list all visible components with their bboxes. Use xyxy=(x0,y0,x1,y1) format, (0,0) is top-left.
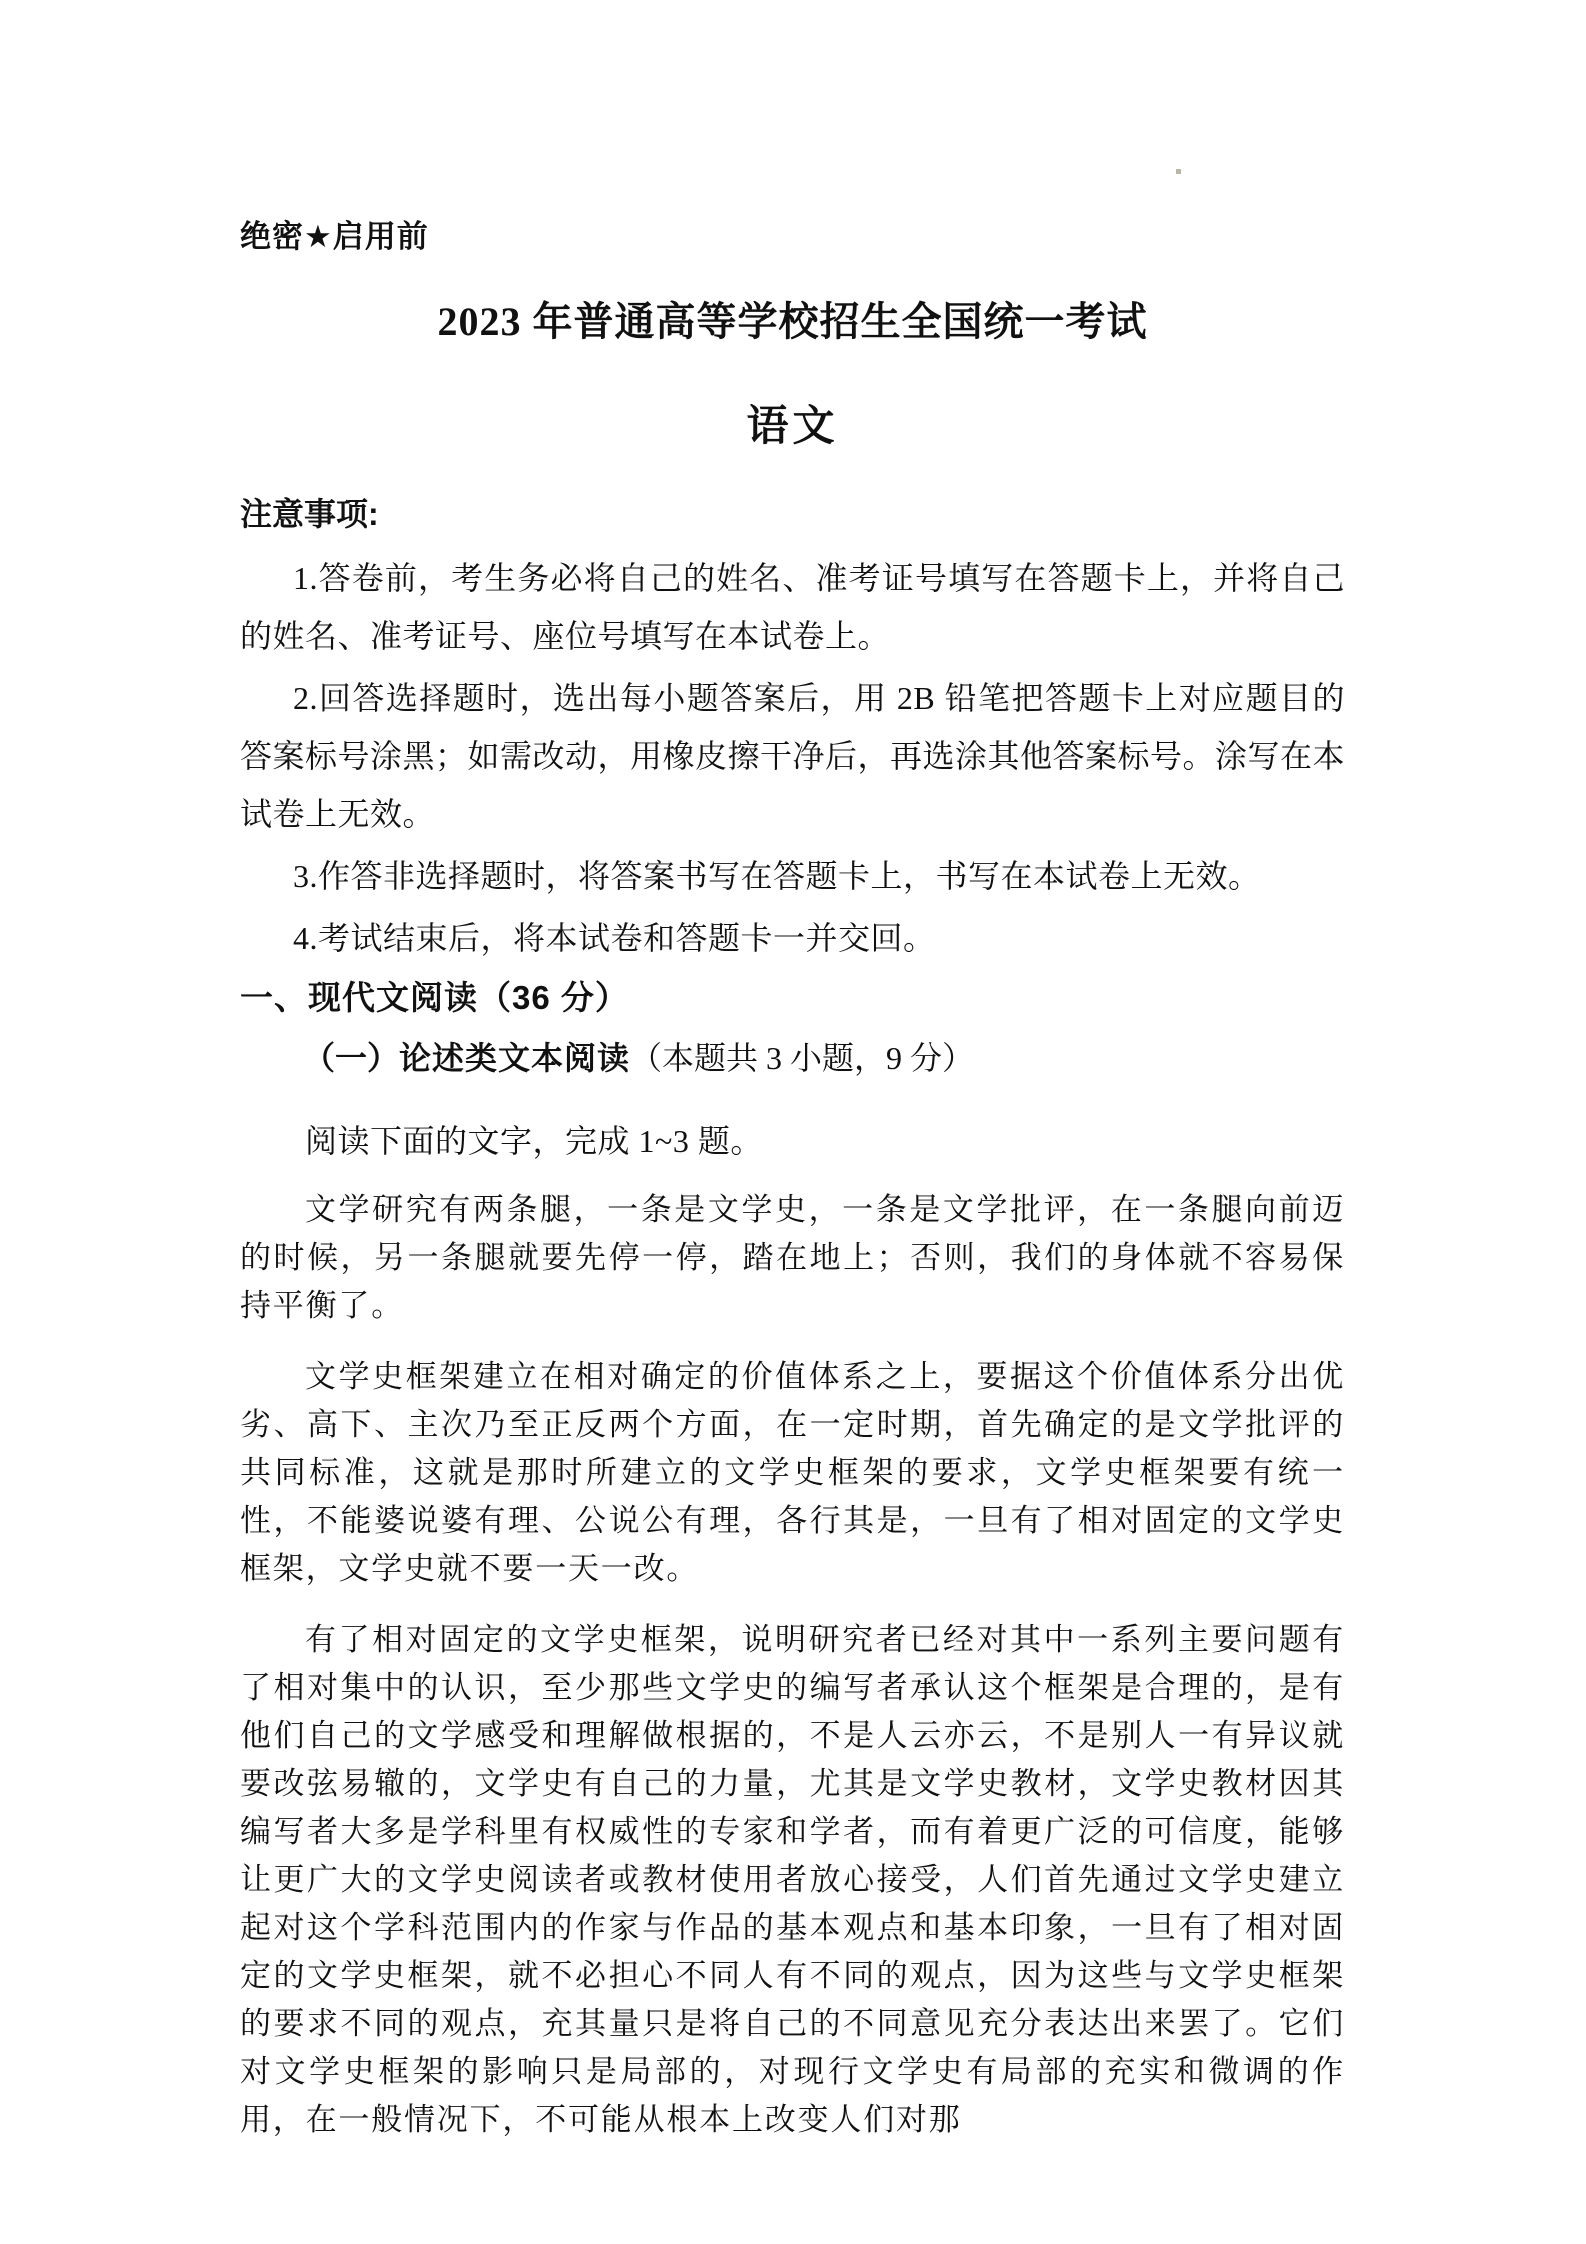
subsection-title: 论述类文本阅读 xyxy=(399,1040,630,1076)
subsection-heading: （一）论述类文本阅读（本题共 3 小题，9 分） xyxy=(240,1034,1345,1082)
classification-label: 绝密★启用前 xyxy=(240,215,1345,259)
scan-artifact-dot xyxy=(1176,169,1181,174)
reading-instruction: 阅读下面的文字，完成 1~3 题。 xyxy=(240,1117,1345,1165)
notice-item-2: 2.回答选择题时，选出每小题答案后，用 2B 铅笔把答题卡上对应题目的答案标号涂… xyxy=(240,669,1345,843)
exam-paper-page: 绝密★启用前 2023 年普通高等学校招生全国统一考试 语文 注意事项: 1.答… xyxy=(0,0,1586,2244)
passage-paragraph-3: 有了相对固定的文学史框架，说明研究者已经对其中一系列主要问题有了相对集中的认识，… xyxy=(240,1616,1345,2144)
notice-item-1: 1.答卷前，考生务必将自己的姓名、准考证号填写在答题卡上，并将自己的姓名、准考证… xyxy=(240,549,1345,665)
subsection-note: （本题共 3 小题，9 分） xyxy=(630,1040,974,1076)
subject-title: 语文 xyxy=(240,398,1345,456)
notice-item-3: 3.作答非选择题时，将答案书写在答题卡上，书写在本试卷上无效。 xyxy=(240,847,1345,905)
notice-item-4: 4.考试结束后，将本试卷和答题卡一并交回。 xyxy=(240,909,1345,967)
passage-paragraph-1: 文学研究有两条腿，一条是文学史，一条是文学批评，在一条腿向前迈的时候，另一条腿就… xyxy=(240,1186,1345,1330)
section-heading-modern-reading: 一、现代文阅读（36 分） xyxy=(240,974,1345,1022)
exam-title: 2023 年普通高等学校招生全国统一考试 xyxy=(240,294,1345,350)
subsection-number: （一） xyxy=(303,1040,399,1076)
passage-paragraph-2: 文学史框架建立在相对确定的价值体系之上，要据这个价值体系分出优劣、高下、主次乃至… xyxy=(240,1353,1345,1593)
notice-heading: 注意事项: xyxy=(240,491,1345,537)
